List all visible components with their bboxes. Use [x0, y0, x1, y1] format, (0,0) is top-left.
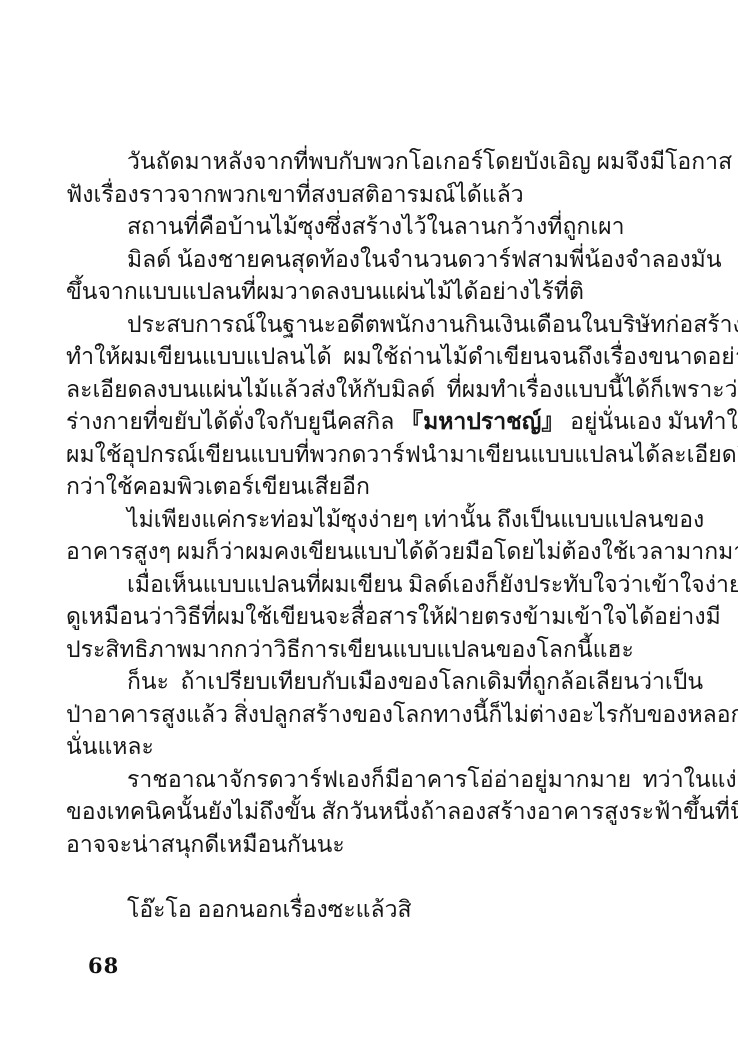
text-line: ร่างกายที่ขยับได้ดั่งใจกับยูนีคสกิล 『มหา… — [66, 406, 658, 439]
text-segment: ประสิทธิภาพมากกว่าวิธีการเขียนแบบแปลนของ… — [66, 637, 634, 662]
text-line: เมื่อเห็นแบบแปลนที่ผมเขียน มิลด์เองก็ยัง… — [66, 569, 658, 602]
text-line: อาจจะน่าสนุกดีเหมือนกันนะ — [66, 829, 658, 862]
text-line: สถานที่คือบ้านไม้ซุงซึ่งสร้างไว้ในลานกว้… — [66, 211, 658, 244]
blank-line — [66, 861, 658, 894]
text-line: ราชอาณาจักรดวาร์ฟเองก็มีอาคารโอ่อ่าอยู่ม… — [66, 764, 658, 797]
emphasized-term: 『มหาปราชญ์』 — [400, 409, 564, 434]
text-line: ผมใช้อุปกรณ์เขียนแบบที่พวกดวาร์ฟนำมาเขีย… — [66, 439, 658, 472]
text-line: ประสิทธิภาพมากกว่าวิธีการเขียนแบบแปลนของ… — [66, 634, 658, 667]
text-line: ฟังเรื่องราวจากพวกเขาที่สงบสติอารมณ์ได้แ… — [66, 179, 658, 212]
text-segment: นั่นแหละ — [66, 734, 154, 759]
text-segment: ขึ้นจากแบบแปลนที่ผมวาดลงบนแผ่นไม้ได้อย่า… — [66, 279, 584, 304]
text-line: ประสบการณ์ในฐานะอดีตพนักงานกินเงินเดือนใ… — [66, 309, 658, 342]
text-line: วันถัดมาหลังจากที่พบกับพวกโอเกอร์โดยบังเ… — [66, 146, 658, 179]
text-segment: วันถัดมาหลังจากที่พบกับพวกโอเกอร์โดยบังเ… — [127, 149, 732, 174]
text-segment: ประสบการณ์ในฐานะอดีตพนักงานกินเงินเดือนใ… — [127, 312, 738, 337]
text-line: ทำให้ผมเขียนแบบแปลนได้ ผมใช้ถ่านไม้ดำเขี… — [66, 341, 658, 374]
text-segment: กว่าใช้คอมพิวเตอร์เขียนเสียอีก — [66, 474, 370, 499]
text-line: กว่าใช้คอมพิวเตอร์เขียนเสียอีก — [66, 471, 658, 504]
text-line: นั่นแหละ — [66, 731, 658, 764]
text-segment: อาจจะน่าสนุกดีเหมือนกันนะ — [66, 832, 345, 857]
text-line: ขึ้นจากแบบแปลนที่ผมวาดลงบนแผ่นไม้ได้อย่า… — [66, 276, 658, 309]
text-line: ป่าอาคารสูงแล้ว สิ่งปลูกสร้างของโลกทางนี… — [66, 699, 658, 732]
text-segment: ไม่เพียงแค่กระท่อมไม้ซุงง่ายๆ เท่านั้น ถ… — [127, 507, 704, 532]
text-segment: ราชอาณาจักรดวาร์ฟเองก็มีอาคารโอ่อ่าอยู่ม… — [127, 767, 737, 792]
text-segment: ของเทคนิคนั้นยังไม่ถึงขั้น สักวันหนึ่งถ้… — [66, 799, 738, 824]
text-line: ก็นะ ถ้าเปรียบเทียบกับเมืองของโลกเดิมที่… — [66, 666, 658, 699]
text-segment: อยู่นั่นเอง มันทำให้ — [564, 409, 738, 434]
text-line: ไม่เพียงแค่กระท่อมไม้ซุงง่ายๆ เท่านั้น ถ… — [66, 504, 658, 537]
page-number: 68 — [88, 953, 119, 978]
text-segment: ทำให้ผมเขียนแบบแปลนได้ ผมใช้ถ่านไม้ดำเขี… — [66, 344, 738, 369]
text-segment: ผมใช้อุปกรณ์เขียนแบบที่พวกดวาร์ฟนำมาเขีย… — [66, 442, 738, 467]
text-segment: ฟังเรื่องราวจากพวกเขาที่สงบสติอารมณ์ได้แ… — [66, 182, 524, 207]
text-line: โอ๊ะโอ ออกนอกเรื่องซะแล้วสิ — [66, 894, 658, 927]
text-segment: ก็นะ ถ้าเปรียบเทียบกับเมืองของโลกเดิมที่… — [127, 669, 703, 694]
text-segment: ร่างกายที่ขยับได้ดั่งใจกับยูนีคสกิล — [66, 409, 400, 434]
text-segment: อาคารสูงๆ ผมก็ว่าผมคงเขียนแบบได้ด้วยมือโ… — [66, 539, 738, 564]
text-line: ดูเหมือนว่าวิธีที่ผมใช้เขียนจะสื่อสารให้… — [66, 601, 658, 634]
text-line: ของเทคนิคนั้นยังไม่ถึงขั้น สักวันหนึ่งถ้… — [66, 796, 658, 829]
text-segment: โอ๊ะโอ ออกนอกเรื่องซะแล้วสิ — [127, 897, 412, 922]
text-line: อาคารสูงๆ ผมก็ว่าผมคงเขียนแบบได้ด้วยมือโ… — [66, 536, 658, 569]
text-segment: เมื่อเห็นแบบแปลนที่ผมเขียน มิลด์เองก็ยัง… — [127, 572, 738, 597]
text-block: วันถัดมาหลังจากที่พบกับพวกโอเกอร์โดยบังเ… — [66, 146, 658, 926]
text-segment: สถานที่คือบ้านไม้ซุงซึ่งสร้างไว้ในลานกว้… — [127, 214, 625, 239]
text-segment: ป่าอาคารสูงแล้ว สิ่งปลูกสร้างของโลกทางนี… — [66, 702, 738, 727]
text-segment: ละเอียดลงบนแผ่นไม้แล้วส่งให้กับมิลด์ ที่… — [66, 377, 738, 402]
text-line: มิลด์ น้องชายคนสุดท้องในจำนวนดวาร์ฟสามพี… — [66, 244, 658, 277]
text-line: ละเอียดลงบนแผ่นไม้แล้วส่งให้กับมิลด์ ที่… — [66, 374, 658, 407]
book-page: วันถัดมาหลังจากที่พบกับพวกโอเกอร์โดยบังเ… — [0, 0, 738, 1051]
text-segment: ดูเหมือนว่าวิธีที่ผมใช้เขียนจะสื่อสารให้… — [66, 604, 721, 629]
text-segment: มิลด์ น้องชายคนสุดท้องในจำนวนดวาร์ฟสามพี… — [127, 247, 722, 272]
